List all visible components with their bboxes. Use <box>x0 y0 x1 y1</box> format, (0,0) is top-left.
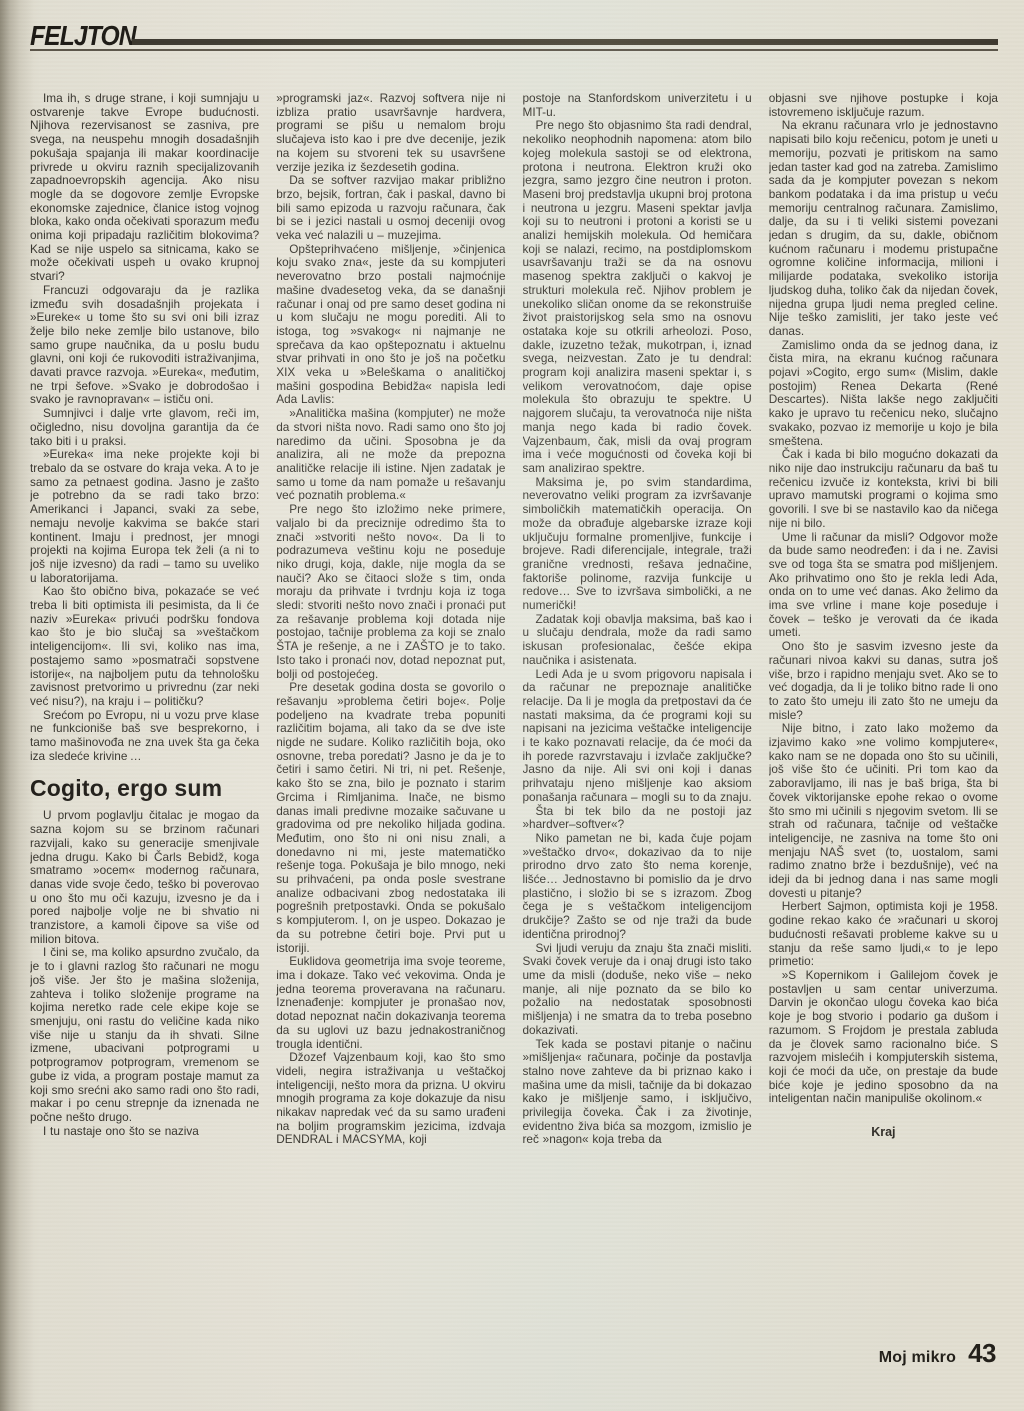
text-column-4: objasni sve njihove postupke i koja isto… <box>769 92 998 1344</box>
paragraph: Nije bitno, i zato lako možemo da izjavi… <box>769 722 998 900</box>
paragraph: Opšteprihvaćeno mišljenje, »činjenica ko… <box>276 243 505 407</box>
magazine-title: Moj mikro <box>879 1349 956 1367</box>
magazine-page: FELJTON Ima ih, s druge strane, i koji s… <box>0 0 1024 1411</box>
paragraph: I tu nastaje ono što se naziva <box>30 1125 259 1139</box>
article-columns: Ima ih, s druge strane, i koji sumnjaju … <box>30 92 998 1344</box>
text-column-2: »programski jaz«. Razvoj softvera nije n… <box>276 92 505 1344</box>
paragraph: Ume li računar da misli? Odgovor može da… <box>769 531 998 641</box>
text-column-3: postoje na Stanfordskom univerzitetu i u… <box>523 92 752 1344</box>
paragraph: »programski jaz«. Razvoj softvera nije n… <box>276 92 505 174</box>
paragraph: Maksima je, po svim standardima, neverov… <box>523 476 752 613</box>
paragraph: Ima ih, s druge strane, i koji sumnjaju … <box>30 92 259 284</box>
paragraph: Francuzi odgovaraju da je razlika između… <box>30 284 259 407</box>
page-footer: Moj mikro 43 <box>879 1338 996 1369</box>
paragraph: U prvom poglavlju čitalac je mogao da sa… <box>30 809 259 946</box>
page-edge-shadow <box>0 0 34 1411</box>
section-heading: Cogito, ergo sum <box>30 776 259 800</box>
paragraph: Zadatak koji obavlja maksima, baš kao i … <box>523 613 752 668</box>
paragraph: Euklidova geometrija ima svoje teoreme, … <box>276 955 505 1051</box>
paragraph: Srećom po Evropu, ni u vozu prve klase n… <box>30 709 259 764</box>
paragraph: Sumnjivci i dalje vrte glavom, reči im, … <box>30 407 259 448</box>
paragraph: Tek kada se postavi pitanje o načinu »mi… <box>523 1038 752 1148</box>
paragraph: postoje na Stanfordskom univerzitetu i u… <box>523 92 752 119</box>
paragraph: Ono što je sasvim izvesno jeste da račun… <box>769 640 998 722</box>
paragraph: objasni sve njihove postupke i koja isto… <box>769 92 998 119</box>
paragraph: Pre nego što izložimo neke primere, valj… <box>276 503 505 681</box>
paragraph: Da se softver razvijao makar približno b… <box>276 174 505 243</box>
paragraph: »Analitička mašina (kompjuter) ne može d… <box>276 407 505 503</box>
paragraph: I čini se, ma koliko apsurdno zvučalo, d… <box>30 946 259 1124</box>
paragraph: Džozef Vajzenbaum koji, kao što smo vide… <box>276 1051 505 1147</box>
section-label: FELJTON <box>30 22 136 50</box>
paragraph: »S Kopernikom i Galilejom čovek je posta… <box>769 969 998 1106</box>
paragraph: Pre nego što objasnimo šta radi dendral,… <box>523 119 752 475</box>
page-number: 43 <box>968 1338 996 1369</box>
paragraph: Herbert Sajmon, optimista koji je 1958. … <box>769 900 998 969</box>
paragraph: Čak i kada bi bilo mogućno dokazati da n… <box>769 448 998 530</box>
paragraph: »Eureka« ima neke projekte koji bi treba… <box>30 448 259 585</box>
paragraph: Svi ljudi veruju da znaju šta znači misl… <box>523 942 752 1038</box>
text-column-1: Ima ih, s druge strane, i koji sumnjaju … <box>30 92 259 1344</box>
paragraph: Niko pametan ne bi, kada čuje pojam »veš… <box>523 832 752 942</box>
masthead-rule-thick <box>132 39 998 45</box>
paragraph: Pre desetak godina dosta se govorilo o r… <box>276 681 505 955</box>
masthead-rule-thin <box>30 49 998 51</box>
paragraph: Šta bi tek bilo da ne postoji jaz »hardv… <box>523 805 752 832</box>
paragraph: Na ekranu računara vrlo je jednostavno n… <box>769 119 998 338</box>
paragraph: Zamislimo onda da se jednog dana, iz čis… <box>769 339 998 449</box>
end-label: Kraj <box>769 1126 998 1140</box>
paragraph: Ledi Ada je u svom prigovoru napisala i … <box>523 668 752 805</box>
paragraph: Kao što obično biva, pokazaće se već tre… <box>30 585 259 708</box>
